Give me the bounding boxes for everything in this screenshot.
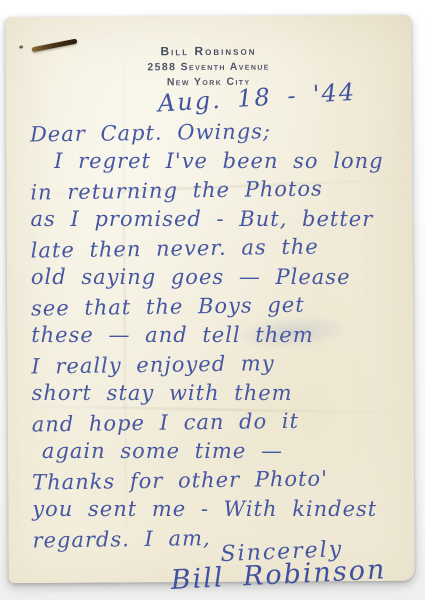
letter-line: regards. I am,	[32, 521, 404, 555]
letter-line: I really enjoyed my	[31, 347, 403, 381]
letter-line: these — and tell them	[31, 321, 403, 350]
signature: Bill Robinson	[170, 554, 387, 596]
letter-line: again some time —	[32, 437, 404, 466]
letter-line: as I promised - But, better	[31, 205, 403, 234]
letter-line: Thanks for other Photo'	[32, 463, 404, 497]
letterhead-name: Bill Robinson	[5, 43, 411, 59]
letter-line: you sent me - With kindest	[32, 495, 404, 524]
letter-line: short stay with them	[32, 379, 404, 408]
letter-line: old saying goes — Please	[31, 263, 403, 292]
scan-background: Bill Robinson 2588 Seventh Avenue New Yo…	[0, 0, 425, 600]
letter-line: and hope I can do it	[32, 405, 404, 439]
letter-paper: Bill Robinson 2588 Seventh Avenue New Yo…	[5, 15, 414, 583]
letter-body: Dear Capt. Owings; I regret I've been so…	[30, 117, 405, 554]
letter-line: in returning the Photos	[30, 173, 402, 207]
letter-line: see that the Boys get	[31, 289, 403, 323]
salutation: Dear Capt. Owings;	[30, 115, 402, 149]
letter-line: I regret I've been so long	[30, 147, 402, 176]
letterhead-address-line1: 2588 Seventh Avenue	[6, 60, 412, 74]
letter-line: late then never. as the	[31, 231, 403, 265]
